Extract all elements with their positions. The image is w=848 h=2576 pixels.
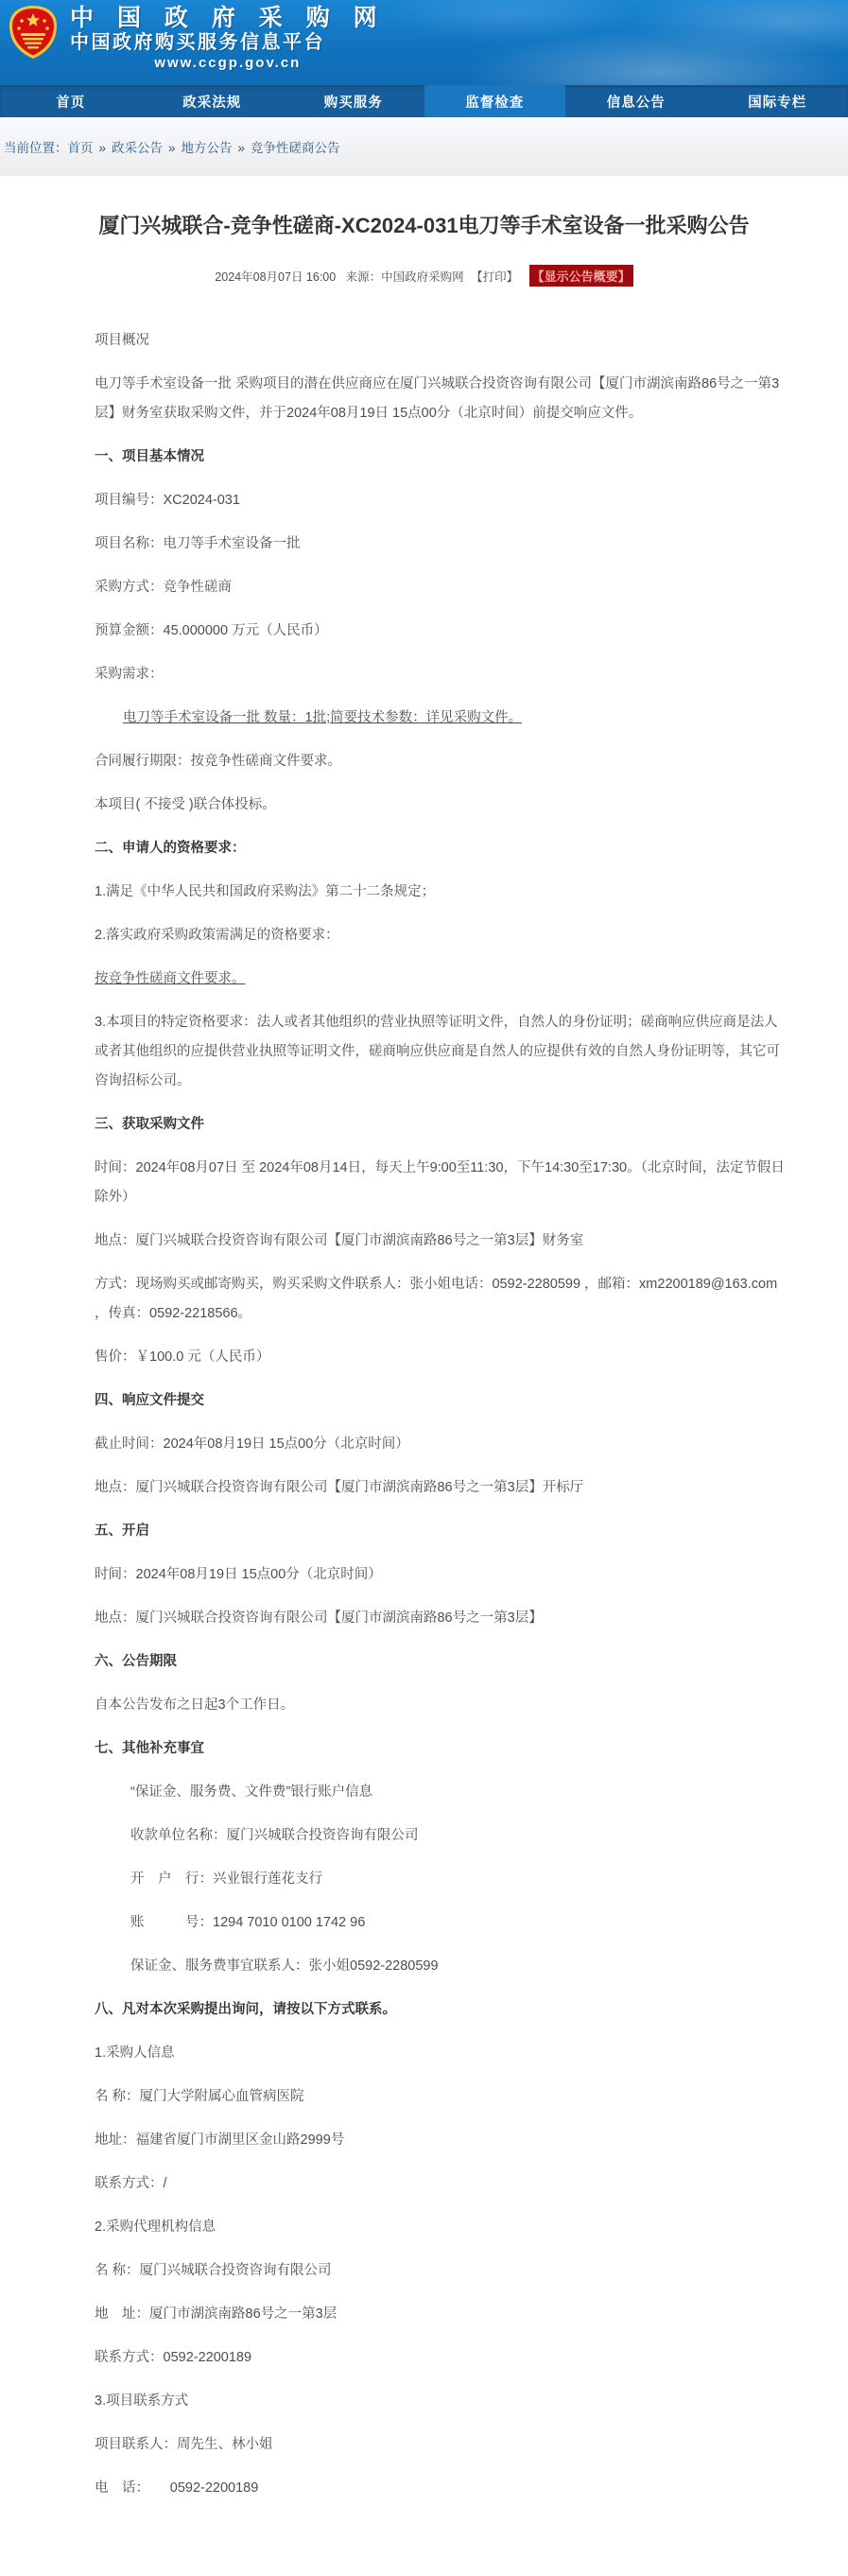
paragraph: 自本公告发布之日起3个工作日。 [95,1691,787,1720]
paragraph: 2.采购代理机构信息 [95,2213,787,2242]
print-button[interactable]: 【打印】 [471,270,518,284]
paragraph: 项目概况 [95,326,787,356]
nav-item-announcements[interactable]: 信息公告 [565,85,707,117]
main-nav: 首页政采法规购买服务监督检查信息公告国际专栏 [0,85,848,117]
paragraph: 项目联系人：周先生、林小姐 [95,2430,787,2460]
breadcrumb-link-home[interactable]: 首页 [68,141,94,155]
logo-area: 中 国 政 府 采 购 网 中国政府购买服务信息平台 www.ccgp.gov.… [0,0,848,73]
article: 厦门兴城联合-竞争性磋商-XC2024-031电刀等手术室设备一批采购公告 20… [0,176,848,2555]
article-body: 项目概况电刀等手术室设备一批 采购项目的潜在供应商应在厦门兴城联合投资咨询有限公… [0,287,848,2503]
paragraph: 地 址：厦门市湖滨南路86号之一第3层 [95,2300,787,2329]
paragraph: 电刀等手术室设备一批 采购项目的潜在供应商应在厦门兴城联合投资咨询有限公司【厦门… [95,370,787,428]
nav-item-supervision[interactable]: 监督检查 [424,85,566,117]
paragraph: 地址：福建省厦门市湖里区金山路2999号 [95,2126,787,2155]
section-heading: 四、响应文件提交 [95,1386,787,1416]
site-title: 中 国 政 府 采 购 网 [70,5,386,31]
paragraph: 截止时间：2024年08月19日 15点00分（北京时间） [95,1430,787,1459]
paragraph: 合同履行期限：按竞争性磋商文件要求。 [95,747,787,776]
paragraph: 项目名称：电刀等手术室设备一批 [95,530,787,559]
site-subtitle: 中国政府购买服务信息平台 [70,31,386,54]
paragraph: 3.本项目的特定资格要求：法人或者其他组织的营业执照等证明文件，自然人的身份证明… [95,1008,787,1096]
logo-text: 中 国 政 府 采 购 网 中国政府购买服务信息平台 www.ccgp.gov.… [70,5,386,73]
breadcrumb-link-local-notices[interactable]: 地方公告 [182,141,233,155]
nav-item-international[interactable]: 国际专栏 [707,85,848,117]
page-title: 厦门兴城联合-竞争性磋商-XC2024-031电刀等手术室设备一批采购公告 [0,176,848,240]
paragraph: 2.落实政府采购政策需满足的资格要求： [95,921,787,950]
breadcrumb-links: 首页»政采公告»地方公告»竞争性磋商公告 [68,137,340,156]
paragraph: 联系方式：0592-2200189 [95,2343,787,2373]
national-emblem-icon [8,5,59,60]
paragraph: 采购需求： [95,660,787,689]
paragraph: 保证金、服务费事宜联系人：张小姐0592-2280599 [95,1952,787,1981]
nav-item-home[interactable]: 首页 [0,85,142,117]
paragraph: 3.项目联系方式 [95,2387,787,2416]
breadcrumb-link-competitive-negotiation[interactable]: 竞争性磋商公告 [251,141,340,155]
publish-date: 2024年08月07日 16:00 [215,270,336,284]
paragraph: 电刀等手术室设备一批 数量：1批;简要技术参数：详见采购文件。 [95,704,787,733]
nav-item-policy[interactable]: 政采法规 [142,85,284,117]
show-summary-button[interactable]: 【显示公告概要】 [529,265,633,287]
page: 中 国 政 府 采 购 网 中国政府购买服务信息平台 www.ccgp.gov.… [0,0,848,2576]
paragraph: 地点：厦门兴城联合投资咨询有限公司【厦门市湖滨南路86号之一第3层】 [95,1604,787,1633]
breadcrumb-separator: » [168,141,176,155]
section-heading: 五、开启 [95,1517,787,1546]
site-url: www.ccgp.gov.cn [70,54,386,73]
paragraph: “保证金、服务费、文件费”银行账户信息 [95,1778,787,1807]
paragraph: 地点：厦门兴城联合投资咨询有限公司【厦门市湖滨南路86号之一第3层】开标厅 [95,1473,787,1503]
article-meta: 2024年08月07日 16:00 来源：中国政府采购网 【打印】 【显示公告概… [0,265,848,287]
paragraph: 地点：厦门兴城联合投资咨询有限公司【厦门市湖滨南路86号之一第3层】财务室 [95,1227,787,1256]
paragraph: 本项目( 不接受 )联合体投标。 [95,791,787,820]
section-heading: 六、公告期限 [95,1647,787,1677]
breadcrumb-separator: » [99,141,107,155]
section-heading: 一、项目基本情况 [95,443,787,472]
section-heading: 八、凡对本次采购提出询问，请按以下方式联系。 [95,1995,787,2025]
paragraph: 方式：现场购买或邮寄购买，购买采购文件联系人：张小姐电话：0592-228059… [95,1270,787,1329]
paragraph: 采购方式：竞争性磋商 [95,573,787,602]
breadcrumb-prefix: 当前位置： [4,137,68,156]
paragraph: 联系方式：/ [95,2169,787,2199]
breadcrumb-separator: » [238,141,246,155]
paragraph: 1.满足《中华人民共和国政府采购法》第二十二条规定； [95,878,787,907]
section-heading: 二、申请人的资格要求： [95,834,787,863]
nav-item-purchase-service[interactable]: 购买服务 [283,85,424,117]
section-heading: 三、获取采购文件 [95,1110,787,1140]
paragraph: 时间：2024年08月07日 至 2024年08月14日，每天上午9:00至11… [95,1154,787,1212]
paragraph: 预算金额：45.000000 万元（人民币） [95,617,787,646]
paragraph: 时间：2024年08月19日 15点00分（北京时间） [95,1560,787,1590]
paragraph: 名 称：厦门大学附属心血管病医院 [95,2082,787,2112]
site-header: 中 国 政 府 采 购 网 中国政府购买服务信息平台 www.ccgp.gov.… [0,0,848,85]
paragraph: 1.采购人信息 [95,2039,787,2068]
paragraph: 名 称：厦门兴城联合投资咨询有限公司 [95,2256,787,2286]
source-label: 来源：中国政府采购网 [346,270,464,284]
paragraph: 按竞争性磋商文件要求。 [95,965,787,994]
breadcrumb: 当前位置： 首页»政采公告»地方公告»竞争性磋商公告 [0,117,848,176]
paragraph: 电 话： 0592-2200189 [95,2474,787,2503]
breadcrumb-link-procurement-notices[interactable]: 政采公告 [112,141,163,155]
paragraph: 项目编号：XC2024-031 [95,486,787,515]
paragraph: 售价：￥100.0 元（人民币） [95,1343,787,1372]
paragraph: 收款单位名称：厦门兴城联合投资咨询有限公司 [95,1821,787,1851]
paragraph: 账 号：1294 7010 0100 1742 96 [95,1908,787,1938]
paragraph: 开 户 行：兴业银行莲花支行 [95,1865,787,1894]
section-heading: 七、其他补充事宜 [95,1734,787,1764]
